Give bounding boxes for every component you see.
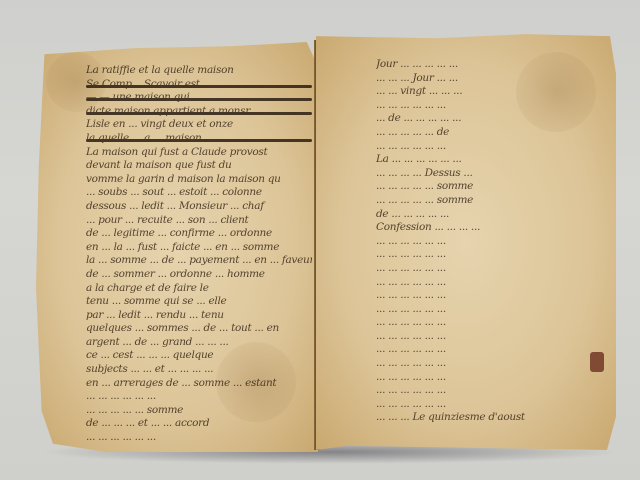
handwritten-line: ... ... ... Le quinziesme d'aoust <box>376 411 606 425</box>
handwritten-line: ... ... ... ... ... de <box>376 126 606 140</box>
handwritten-line: ... ... ... ... ... ... <box>376 99 606 113</box>
handwritten-line: tenu ... somme qui se ... elle <box>86 295 312 309</box>
handwritten-line: ... soubs ... sout ... estoit ... colonn… <box>86 186 312 200</box>
handwritten-line: la ... somme ... de ... payement ... en … <box>86 254 312 268</box>
handwritten-line: ... ... ... ... ... ... <box>376 276 606 290</box>
handwritten-line: subjects ... ... et ... ... ... ... <box>86 363 312 377</box>
handwritten-line: ... ... ... ... ... ... <box>376 140 606 154</box>
handwritten-line: ... ... ... ... ... somme <box>376 194 606 208</box>
wax-mark <box>590 352 604 372</box>
handwritten-line: Confession ... ... ... ... <box>376 221 606 235</box>
handwritten-line: ... ... ... ... ... ... <box>376 357 606 371</box>
handwritten-line: ... ... ... ... ... ... <box>376 262 606 276</box>
handwritten-line: Se Comp... Scavoir est <box>86 78 312 92</box>
handwritten-line: ... ... ... ... ... somme <box>376 180 606 194</box>
handwritten-line: de ... ... ... et ... ... accord <box>86 417 312 431</box>
handwritten-line: — — une maison qui <box>86 91 312 105</box>
handwritten-line: ... ... ... ... ... ... <box>376 371 606 385</box>
handwritten-line: Jour ... ... ... ... ... <box>376 58 606 72</box>
handwritten-line: ... ... ... ... ... ... <box>376 289 606 303</box>
handwritten-line: dicte maison appartient a monsr <box>86 105 312 119</box>
handwritten-line: La maison qui fust a Claude provost <box>86 146 312 160</box>
handwritten-line: en ... arrerages de ... somme ... estant <box>86 377 312 391</box>
handwritten-line: ... ... ... ... ... ... <box>376 398 606 412</box>
handwritten-line: vomme la garin d maison la maison qu <box>86 173 312 187</box>
handwritten-line: argent ... de ... grand ... ... ... <box>86 336 312 350</box>
handwritten-line: ... ... ... ... ... ... <box>376 303 606 317</box>
handwritten-line: La ... ... ... ... ... ... <box>376 153 606 167</box>
right-page-text: Jour ... ... ... ... ...... ... ... Jour… <box>316 58 616 425</box>
handwritten-line: ... ... ... ... ... ... <box>376 316 606 330</box>
handwritten-line: devant la maison que fust du <box>86 159 312 173</box>
handwritten-line: ... ... ... ... ... ... <box>376 235 606 249</box>
handwritten-line: ... ... vingt ... ... ... <box>376 85 606 99</box>
handwritten-line: ... ... ... ... ... ... <box>86 431 312 445</box>
handwritten-line: quelques ... sommes ... de ... tout ... … <box>86 322 312 336</box>
handwritten-line: a la charge et de faire le <box>86 282 312 296</box>
handwritten-line: ... pour ... recuite ... son ... client <box>86 214 312 228</box>
right-manuscript-page: Jour ... ... ... ... ...... ... ... Jour… <box>316 32 616 450</box>
handwritten-line: ... ... ... ... ... ... <box>376 330 606 344</box>
handwritten-line: en ... la ... fust ... faicte ... en ...… <box>86 241 312 255</box>
left-manuscript-page: La ratiffie et la quelle maisonSe Comp..… <box>36 42 318 452</box>
handwritten-line: ... ... ... ... ... ... <box>376 343 606 357</box>
handwritten-line: La ratiffie et la quelle maison <box>86 64 312 78</box>
left-page-text: La ratiffie et la quelle maisonSe Comp..… <box>36 64 318 452</box>
handwritten-line: ... ... ... ... ... ... <box>86 390 312 404</box>
handwritten-line: par ... ledit ... rendu ... tenu <box>86 309 312 323</box>
handwritten-line: ... ... ... ... ... ... <box>376 248 606 262</box>
handwritten-line: ... ... ... ... ... ... <box>86 445 312 452</box>
handwritten-line: ... ... ... ... Dessus ... <box>376 167 606 181</box>
handwritten-line: de ... legitime ... confirme ... ordonne <box>86 227 312 241</box>
handwritten-line: ... ... ... ... ... somme <box>86 404 312 418</box>
handwritten-line: la quelle ... a ... maison <box>86 132 312 146</box>
handwritten-line: ... de ... ... ... ... ... <box>376 112 606 126</box>
handwritten-line: de ... ... ... ... ... <box>376 208 606 222</box>
handwritten-line: ... ... ... ... ... ... <box>376 384 606 398</box>
handwritten-line: ... ... ... Jour ... ... <box>376 72 606 86</box>
handwritten-line: ce ... cest ... ... ... quelque <box>86 349 312 363</box>
handwritten-line: de ... sommer ... ordonne ... homme <box>86 268 312 282</box>
handwritten-line: Lisle en ... vingt deux et onze <box>86 118 312 132</box>
handwritten-line: dessous ... ledit ... Monsieur ... chaf <box>86 200 312 214</box>
